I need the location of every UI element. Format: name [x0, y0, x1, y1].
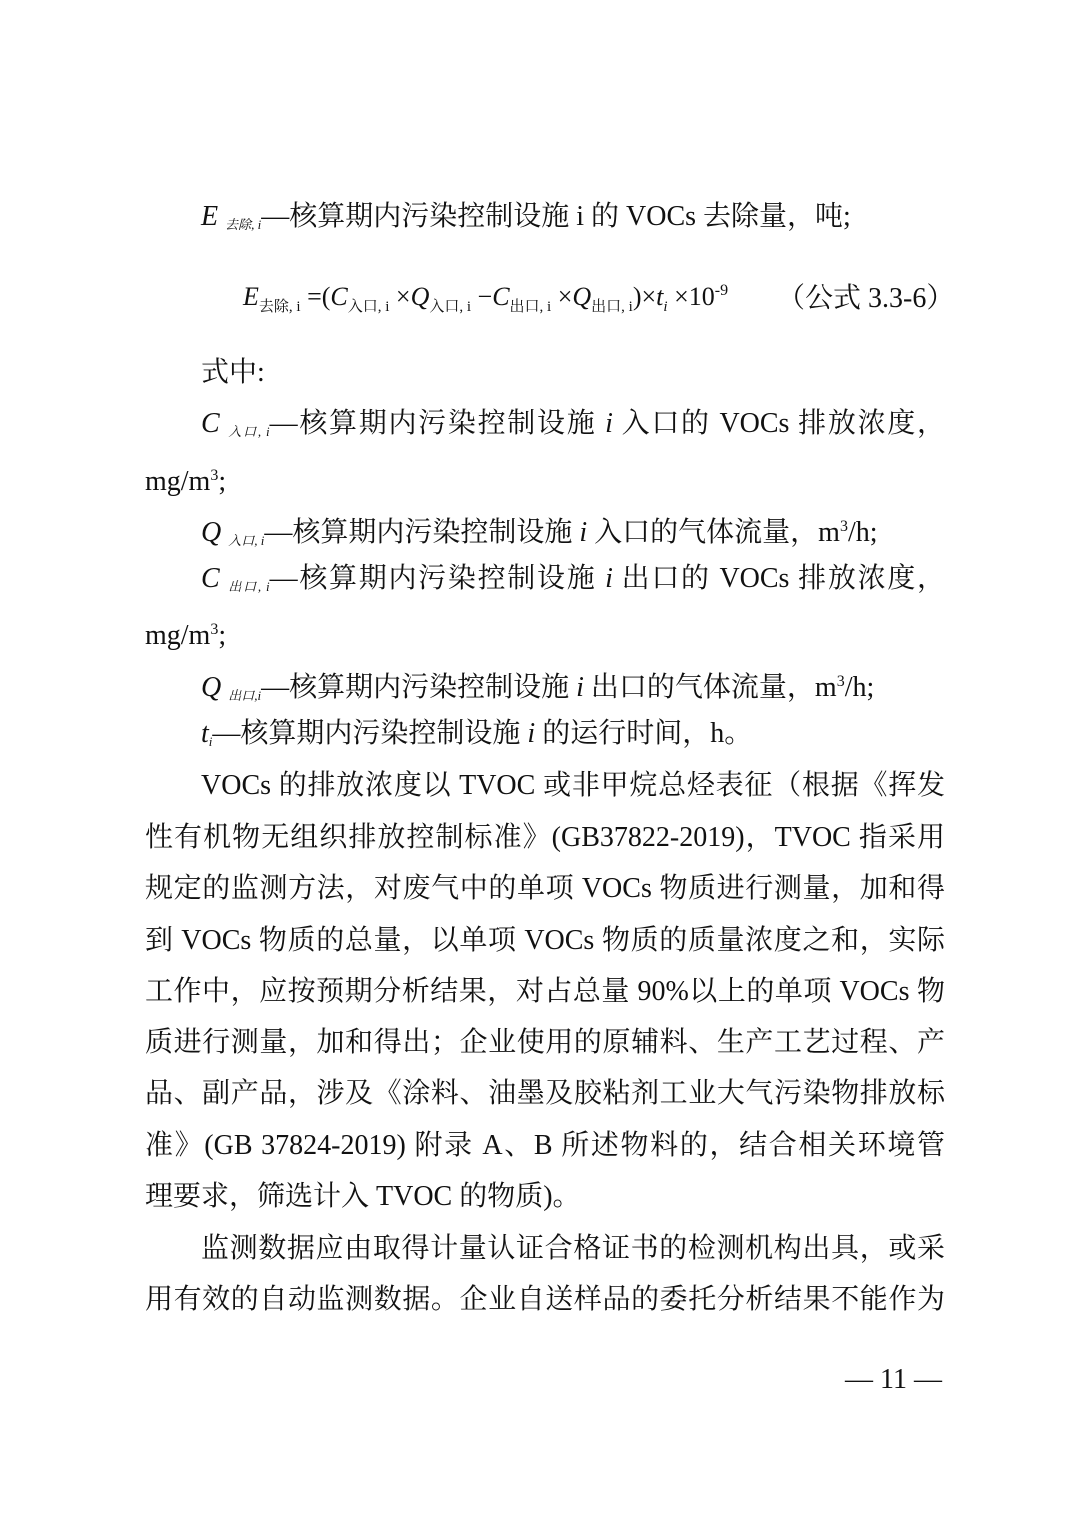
symbol: Q	[201, 517, 221, 548]
paragraph-1-line-4: 到 VOCs 物质的总量，以单项 VOCs 物质的质量浓度之和，实际	[145, 923, 945, 959]
symbol: C	[201, 563, 220, 594]
definition-text: /h;	[848, 517, 878, 548]
definition-q-outlet: Q 出口,i—核算期内污染控制设施 i 出口的气体流量，m3/h;	[201, 664, 1001, 714]
formula-times: ×	[389, 282, 410, 311]
definition-text: 出口的 VOCs 排放浓度，	[613, 563, 945, 594]
definition-text: /h;	[845, 672, 875, 703]
subscript: 出口,i	[228, 688, 261, 703]
unit-post: ;	[218, 620, 226, 651]
symbol: E	[201, 201, 218, 232]
paragraph-2-line-1: 监测数据应由取得计量认证合格证书的检测机构出具，或采	[201, 1231, 945, 1267]
definition-text: —核算期内污染控制设施	[212, 718, 527, 749]
formula-exponent: -9	[715, 282, 728, 299]
page-number: — 11 —	[845, 1364, 942, 1396]
unit-c-outlet: mg/m3;	[145, 612, 945, 654]
formula-times-ten: ×10	[668, 282, 715, 311]
definition-c-inlet: C 入口, i—核算期内污染控制设施 i 入口的 VOCs 排放浓度，	[201, 406, 945, 450]
formula-c-out-sub: 出口, i	[510, 299, 552, 315]
symbol: t	[201, 718, 209, 749]
where-label: 式中:	[201, 355, 1001, 391]
paragraph-1-line-3: 规定的监测方法，对废气中的单项 VOCs 物质进行测量，加和得	[145, 871, 945, 907]
definition-text: —核算期内污染控制设施	[264, 517, 579, 548]
index-i: i	[605, 563, 613, 594]
formula-c-in-sub: 入口, i	[348, 299, 390, 315]
subscript: 去除, i	[225, 217, 261, 232]
paragraph-1-line-9: 理要求，筛选计入 TVOC 的物质)。	[145, 1179, 945, 1215]
formula-q-in: Q	[411, 282, 430, 311]
formula-eq: =(	[301, 282, 331, 311]
subscript: 入口, i	[228, 533, 264, 548]
definition-e-removal: E 去除, i—核算期内污染控制设施 i 的 VOCs 去除量，吨;	[201, 199, 1001, 243]
formula-c-in: C	[330, 282, 347, 311]
unit-post: ;	[218, 466, 226, 497]
subscript: 出口, i	[228, 579, 269, 594]
definition-text: —核算期内污染控制设施	[270, 563, 605, 594]
formula-3-3-6: E去除, i =(C入口, i ×Q入口, i −C出口, i ×Q出口, i)…	[243, 273, 728, 325]
paragraph-1-line-6: 质进行测量，加和得出；企业使用的原辅料、生产工艺过程、产	[145, 1025, 945, 1061]
formula-minus: −	[471, 282, 492, 311]
definition-text: —核算期内污染控制设施	[270, 408, 605, 439]
formula-c-out: C	[492, 282, 509, 311]
paragraph-1-line-5: 工作中，应按预期分析结果，对占总量 90%以上的单项 VOCs 物	[145, 974, 945, 1010]
definition-text: —核算期内污染控制设施 i 的 VOCs 去除量，吨;	[261, 201, 851, 232]
formula-label: （公式 3.3-6）	[777, 276, 954, 316]
definition-c-outlet: C 出口, i—核算期内污染控制设施 i 出口的 VOCs 排放浓度，	[201, 561, 945, 605]
definition-text: 的运行时间，h。	[535, 718, 752, 749]
paragraph-1-line-7: 品、副产品，涉及《涂料、油墨及胶粘剂工业大气污染物排放标	[145, 1076, 945, 1112]
paragraph-1-line-8: 准》(GB 37824-2019) 附录 A、B 所述物料的，结合相关环境管	[145, 1128, 945, 1164]
unit-c-inlet: mg/m3;	[145, 458, 945, 500]
definition-q-inlet: Q 入口, i—核算期内污染控制设施 i 入口的气体流量，m3/h;	[201, 509, 1001, 559]
definition-t: ti—核算期内污染控制设施 i 的运行时间，h。	[201, 716, 1001, 760]
unit: mg/m	[145, 466, 210, 497]
definition-text: —核算期内污染控制设施	[261, 672, 576, 703]
definition-text: 出口的气体流量，m	[584, 672, 837, 703]
definition-text: 入口的 VOCs 排放浓度，	[613, 408, 945, 439]
paragraph-2-line-2: 用有效的自动监测数据。企业自送样品的委托分析结果不能作为	[145, 1282, 945, 1318]
definition-text: 入口的气体流量，m	[587, 517, 840, 548]
formula-q-out: Q	[572, 282, 591, 311]
formula-q-in-sub: 入口, i	[429, 299, 471, 315]
symbol: C	[201, 408, 220, 439]
formula-lhs-sub: 去除, i	[259, 299, 301, 315]
formula-close: )×	[633, 282, 656, 311]
unit: mg/m	[145, 620, 210, 651]
formula-times: ×	[551, 282, 572, 311]
unit-sup: 3	[840, 518, 848, 535]
unit-sup: 3	[837, 673, 845, 690]
formula-lhs: E	[243, 282, 259, 311]
index-i: i	[579, 517, 587, 548]
symbol: Q	[201, 672, 221, 703]
index-i: i	[605, 408, 613, 439]
index-i: i	[576, 672, 584, 703]
paragraph-1-line-2: 性有机物无组织排放控制标准》(GB37822-2019)，TVOC 指采用	[145, 820, 945, 856]
formula-q-out-sub: 出口, i	[591, 299, 633, 315]
paragraph-1-line-1: VOCs 的排放浓度以 TVOC 或非甲烷总烃表征（根据《挥发	[201, 768, 945, 804]
subscript: 入口, i	[228, 424, 269, 439]
